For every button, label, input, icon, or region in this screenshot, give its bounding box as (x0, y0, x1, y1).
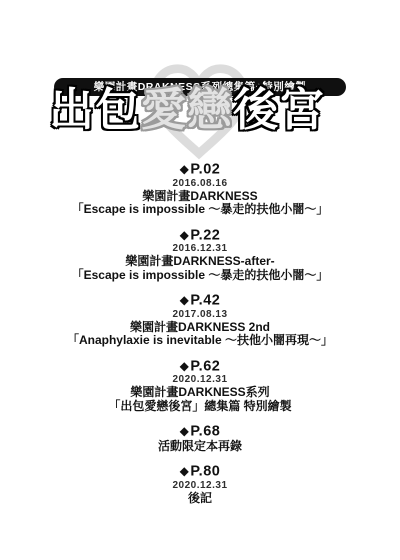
page-number: ◆P.22 (0, 227, 400, 244)
title-char-4: 戀 (187, 84, 233, 135)
page-number: ◆P.68 (0, 423, 400, 440)
entry-series: 樂園計畫DARKNESS 2nd (0, 321, 400, 335)
title-char-1: 出 (49, 84, 95, 135)
page-number-label: P.42 (190, 293, 220, 309)
page-number-label: P.80 (190, 464, 220, 480)
page-number-label: P.02 (190, 162, 220, 178)
toc-entry: ◆P.62 2020.12.31 樂園計畫DARKNESS系列 「出包愛戀後宮」… (0, 358, 400, 414)
entry-title: 「Escape is impossible ～暴走的扶他小闇～」 (0, 269, 400, 283)
title-char-5: 後 (233, 84, 279, 135)
page-number: ◆P.02 (0, 161, 400, 178)
diamond-icon: ◆ (180, 424, 190, 438)
diamond-icon: ◆ (180, 162, 190, 176)
table-of-contents: ◆P.02 2016.08.16 樂園計畫DARKNESS 「Escape is… (0, 161, 400, 515)
diamond-icon: ◆ (180, 293, 190, 307)
page-number-label: P.22 (190, 227, 220, 243)
diamond-icon: ◆ (180, 359, 190, 373)
entry-series: 樂園計畫DARKNESS系列 (0, 386, 400, 400)
entry-series: 樂園計畫DARKNESS-after- (0, 255, 400, 269)
entry-date: 2017.08.13 (0, 309, 400, 321)
toc-entry: ◆P.02 2016.08.16 樂園計畫DARKNESS 「Escape is… (0, 161, 400, 217)
entry-date: 2020.12.31 (0, 480, 400, 492)
page-number: ◆P.62 (0, 358, 400, 375)
entry-title: 後記 (0, 492, 400, 506)
page-number: ◆P.42 (0, 292, 400, 309)
toc-entry: ◆P.80 2020.12.31 後記 (0, 463, 400, 505)
page-number-label: P.68 (190, 424, 220, 440)
entry-series: 樂園計畫DARKNESS (0, 190, 400, 204)
page-number: ◆P.80 (0, 463, 400, 480)
page-number-label: P.62 (190, 358, 220, 374)
entry-title: 「Anaphylaxie is inevitable ～扶他小闇再現～」 (0, 334, 400, 348)
entry-title: 「Escape is impossible ～暴走的扶他小闇～」 (0, 203, 400, 217)
entry-title: 活動限定本再錄 (0, 440, 400, 454)
title-char-3: 愛 (141, 84, 187, 135)
diamond-icon: ◆ (180, 228, 190, 242)
title-char-2: 包 (95, 84, 141, 135)
toc-entry: ◆P.22 2016.12.31 樂園計畫DARKNESS-after- 「Es… (0, 227, 400, 283)
entry-date: 2016.08.16 (0, 178, 400, 190)
entry-title: 「出包愛戀後宮」總集篇 特別繪製 (0, 400, 400, 414)
toc-entry: ◆P.42 2017.08.13 樂園計畫DARKNESS 2nd 「Anaph… (0, 292, 400, 348)
title-char-6: 宮 (279, 84, 325, 135)
toc-entry: ◆P.68 活動限定本再錄 (0, 423, 400, 453)
page-title: 出包愛戀後宮 (0, 86, 374, 133)
diamond-icon: ◆ (180, 464, 190, 478)
